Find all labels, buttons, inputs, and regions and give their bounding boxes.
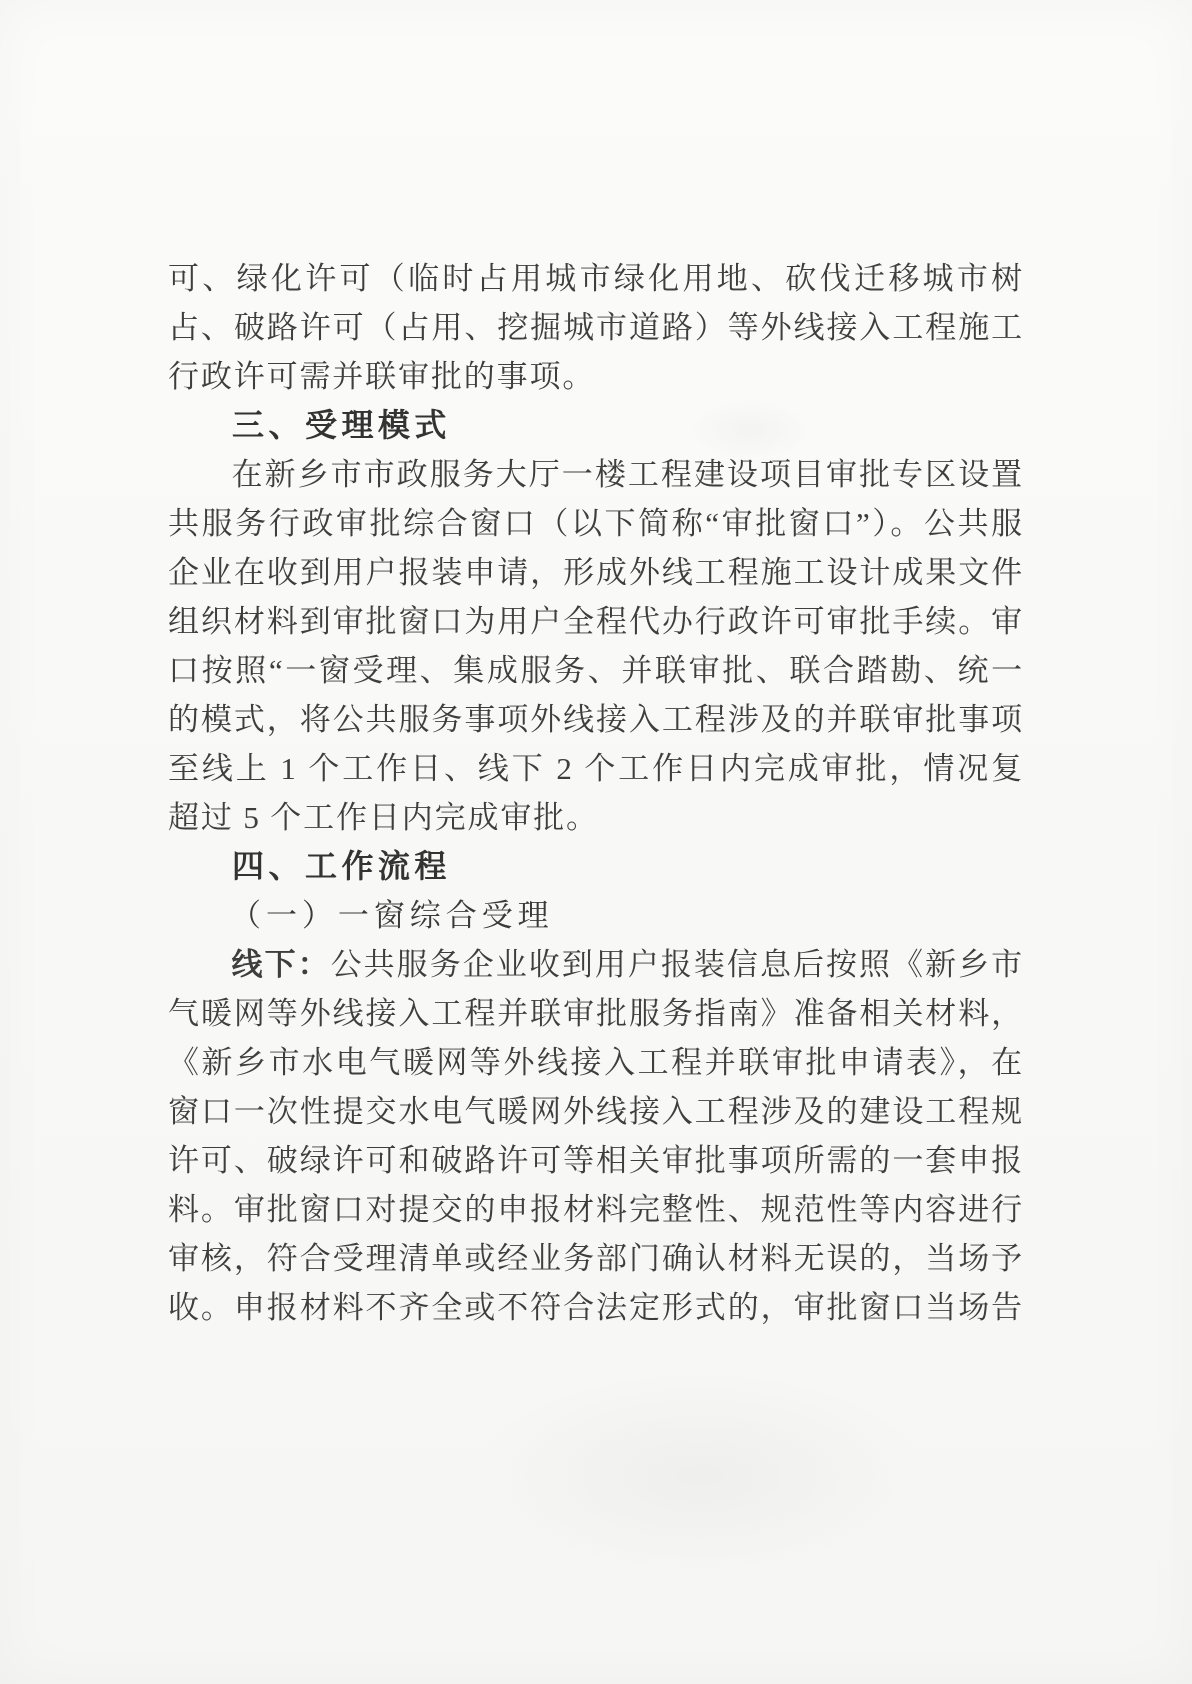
scan-artifact — [470, 1370, 930, 1580]
text-line: 《新乡市水电气暖网等外线接入工程并联审批申请表》，在审批 — [168, 1038, 1024, 1087]
text-line: 审核，符合受理清单或经业务部门确认材料无误的，当场予以接 — [168, 1234, 1024, 1283]
text-line: 料。审批窗口对提交的申报材料完整性、规范性等内容进行初步 — [168, 1185, 1024, 1234]
text-line: 窗口一次性提交水电气暖网外线接入工程涉及的建设工程规划 — [168, 1087, 1024, 1136]
text-line: 的模式，将公共服务事项外线接入工程涉及的并联审批事项压缩 — [168, 695, 1024, 744]
section-heading-3: 三、受理模式 — [168, 401, 1024, 450]
offline-label: 线下： — [232, 947, 331, 982]
text-line: 行政许可需并联审批的事项。 — [168, 352, 1024, 401]
text-line: 可、绿化许可（临时占用城市绿化用地、砍伐迁移城市树木）， — [168, 254, 1024, 303]
subsection-heading: （一）一窗综合受理 — [168, 891, 1024, 940]
section-heading-4: 四、工作流程 — [168, 842, 1024, 891]
text-line: 口按照“一窗受理、集成服务、并联审批、联合踏勘、统一出件” — [168, 646, 1024, 695]
text-line: 至线上 1 个工作日、线下 2 个工作日内完成审批，情况复杂的不 — [168, 744, 1024, 793]
text-line: 共服务行政审批综合窗口（以下简称“审批窗口”）。公共服务 — [168, 499, 1024, 548]
text-line: 企业在收到用户报装申请，形成外线工程施工设计成果文件后， — [168, 548, 1024, 597]
text-line: 组织材料到审批窗口为用户全程代办行政许可审批手续。审批窗 — [168, 597, 1024, 646]
text-line: 在新乡市市政服务大厅一楼工程建设项目审批专区设置公 — [168, 450, 1024, 499]
text-line: 气暖网等外线接入工程并联审批服务指南》准备相关材料，填写 — [168, 989, 1024, 1038]
document-page: 可、绿化许可（临时占用城市绿化用地、砍伐迁移城市树木）， 占、破路许可（占用、挖… — [0, 0, 1192, 1684]
text-line: 超过 5 个工作日内完成审批。 — [168, 793, 1024, 842]
document-text-block: 可、绿化许可（临时占用城市绿化用地、砍伐迁移城市树木）， 占、破路许可（占用、挖… — [168, 254, 1024, 1332]
text-line: 线下：公共服务企业收到用户报装信息后按照《新乡市水电 — [168, 940, 1024, 989]
text-line: 收。申报材料不齐全或不符合法定形式的，审批窗口当场告知申 — [168, 1283, 1024, 1332]
text-line: 占、破路许可（占用、挖掘城市道路）等外线接入工程施工涉及 — [168, 303, 1024, 352]
text-line: 许可、破绿许可和破路许可等相关审批事项所需的一套申报材 — [168, 1136, 1024, 1185]
